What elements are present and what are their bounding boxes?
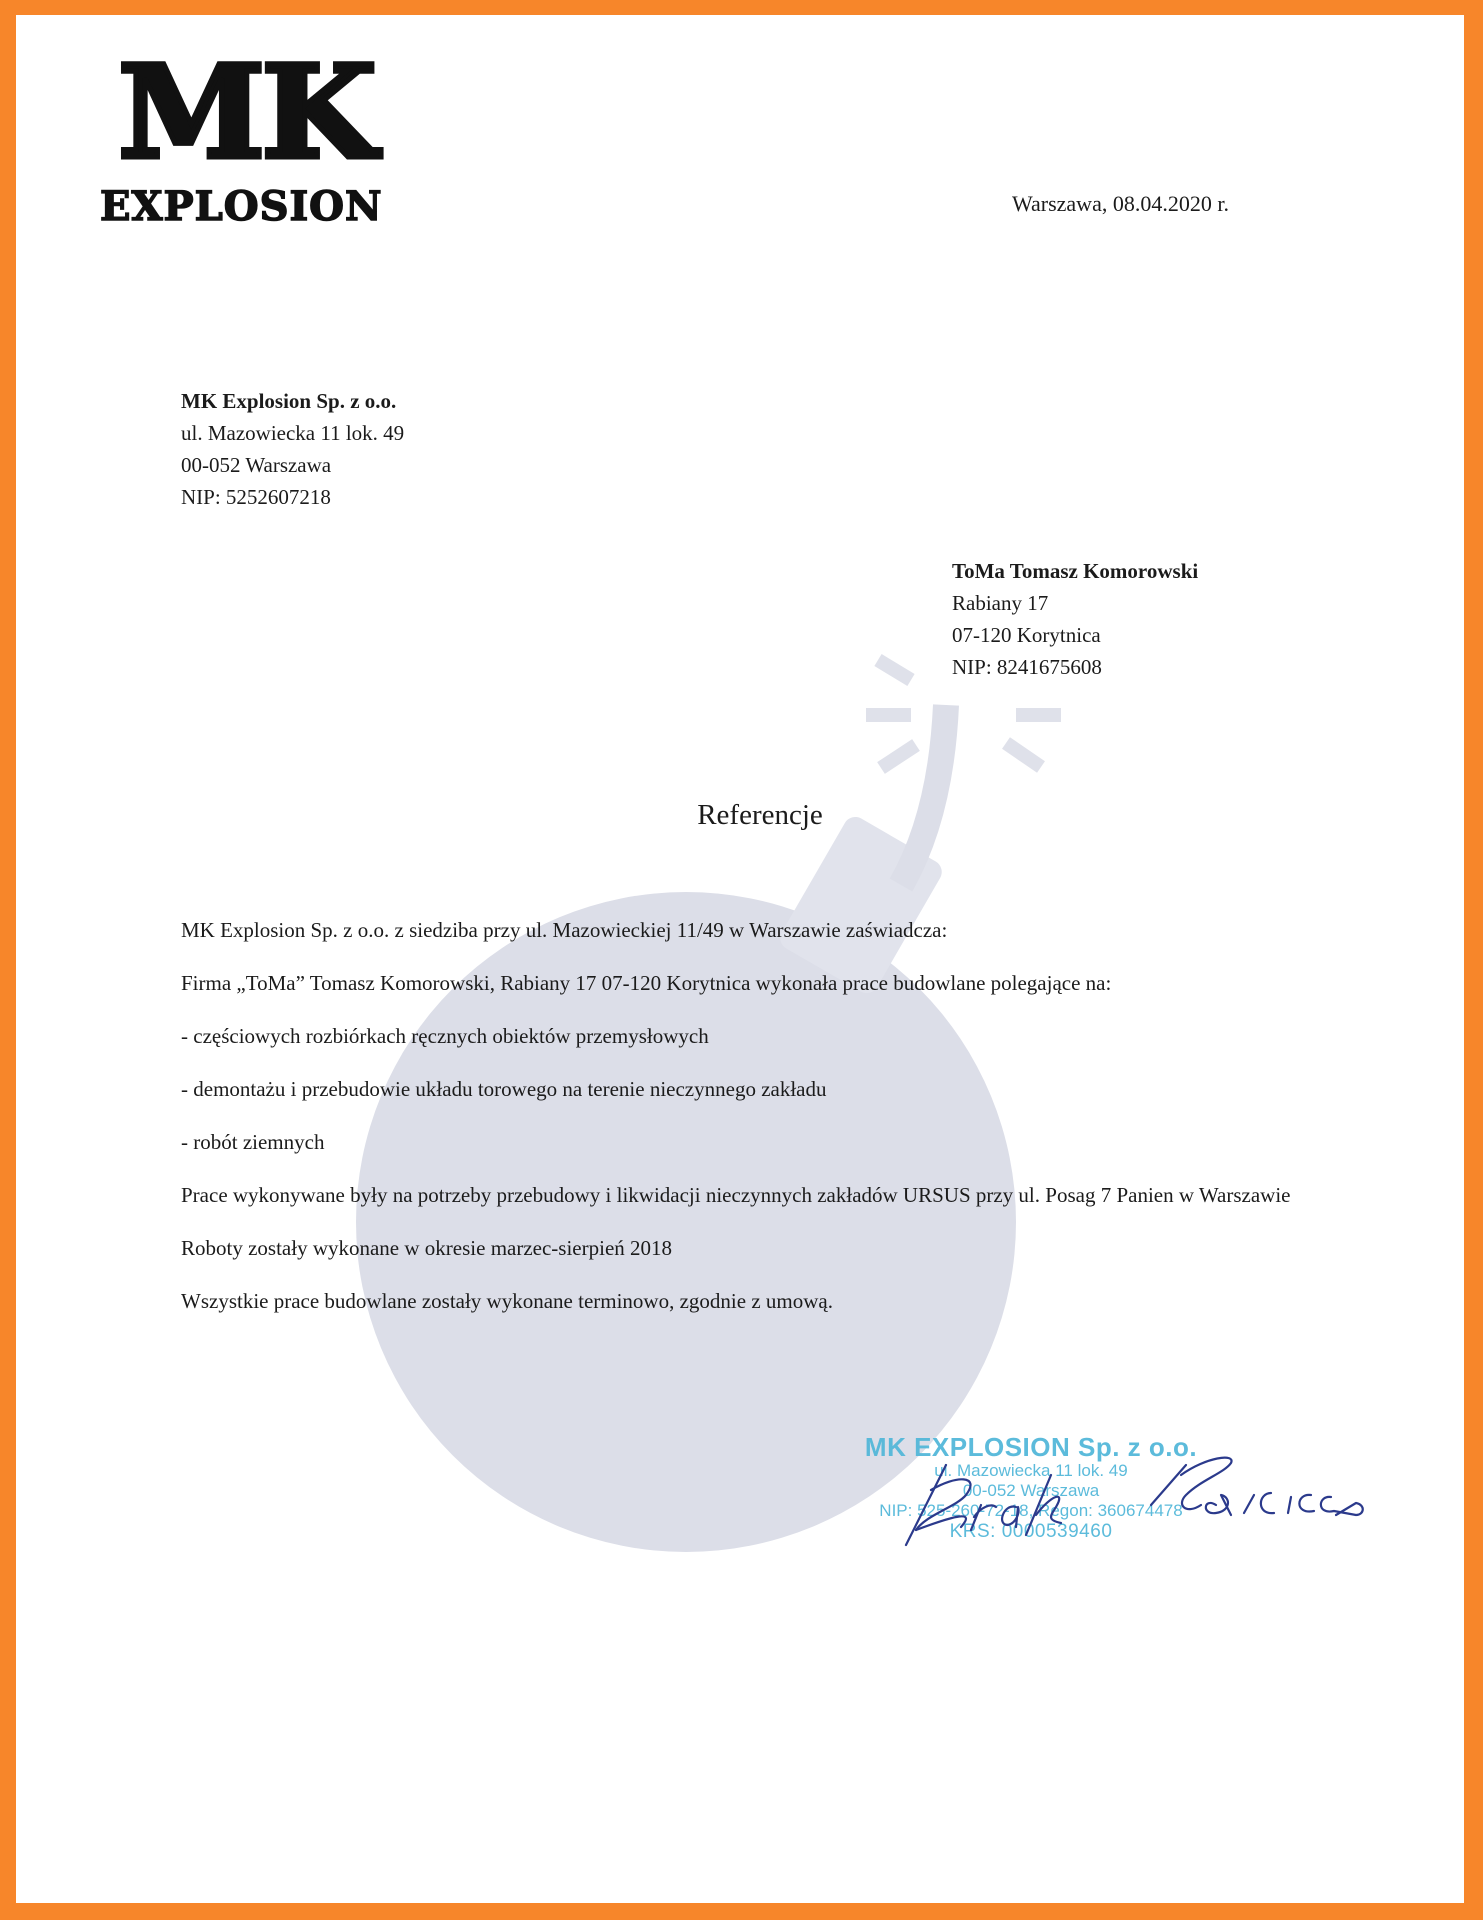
logo-explosion-text: EXPLOSION (100, 187, 383, 227)
document-frame: MK EXPLOSION Warszawa, 08.04.2020 r. MK … (0, 0, 1483, 1920)
sender-nip: NIP: 5252607218 (181, 481, 404, 513)
document-body: MK Explosion Sp. z o.o. z siedziba przy … (181, 915, 1298, 1339)
recipient-nip: NIP: 8241675608 (952, 651, 1198, 683)
sender-street: ul. Mazowiecka 11 lok. 49 (181, 417, 404, 449)
recipient-city: 07-120 Korytnica (952, 619, 1198, 651)
stamp-ids: NIP: 525-260-72-18, Regon: 360674478 (861, 1501, 1201, 1521)
work-item: - demontażu i przebudowie układu toroweg… (181, 1074, 1298, 1105)
sender-name: MK Explosion Sp. z o.o. (181, 385, 404, 417)
conclusion-paragraph: Wszystkie prace budowlane zostały wykona… (181, 1286, 1298, 1317)
company-stamp: MK EXPLOSION Sp. z o.o. ul. Mazowiecka 1… (861, 1433, 1201, 1543)
recipient-address: ToMa Tomasz Komorowski Rabiany 17 07-120… (952, 555, 1198, 683)
recipient-name: ToMa Tomasz Komorowski (952, 555, 1198, 587)
purpose-paragraph: Prace wykonywane były na potrzeby przebu… (181, 1180, 1298, 1211)
logo-mk-text: MK (118, 49, 373, 177)
place-date: Warszawa, 08.04.2020 r. (1012, 191, 1229, 217)
sender-address: MK Explosion Sp. z o.o. ul. Mazowiecka 1… (181, 385, 404, 513)
work-item: - częściowych rozbiórkach ręcznych obiek… (181, 1021, 1298, 1052)
company-logo: MK EXPLOSION (100, 57, 420, 247)
document-title: Referencje (16, 799, 1464, 832)
stamp-city: 00-052 Warszawa (861, 1481, 1201, 1501)
sender-city: 00-052 Warszawa (181, 449, 404, 481)
stamp-krs: KRS: 0000539460 (861, 1521, 1201, 1543)
statement-paragraph: Firma „ToMa” Tomasz Komorowski, Rabiany … (181, 968, 1298, 999)
recipient-street: Rabiany 17 (952, 587, 1198, 619)
stamp-street: ul. Mazowiecka 11 lok. 49 (861, 1461, 1201, 1481)
work-item: - robót ziemnych (181, 1127, 1298, 1158)
intro-paragraph: MK Explosion Sp. z o.o. z siedziba przy … (181, 915, 1298, 946)
document-page: MK EXPLOSION Warszawa, 08.04.2020 r. MK … (16, 15, 1464, 1903)
period-paragraph: Roboty zostały wykonane w okresie marzec… (181, 1233, 1298, 1264)
stamp-title: MK EXPLOSION Sp. z o.o. (861, 1433, 1201, 1461)
